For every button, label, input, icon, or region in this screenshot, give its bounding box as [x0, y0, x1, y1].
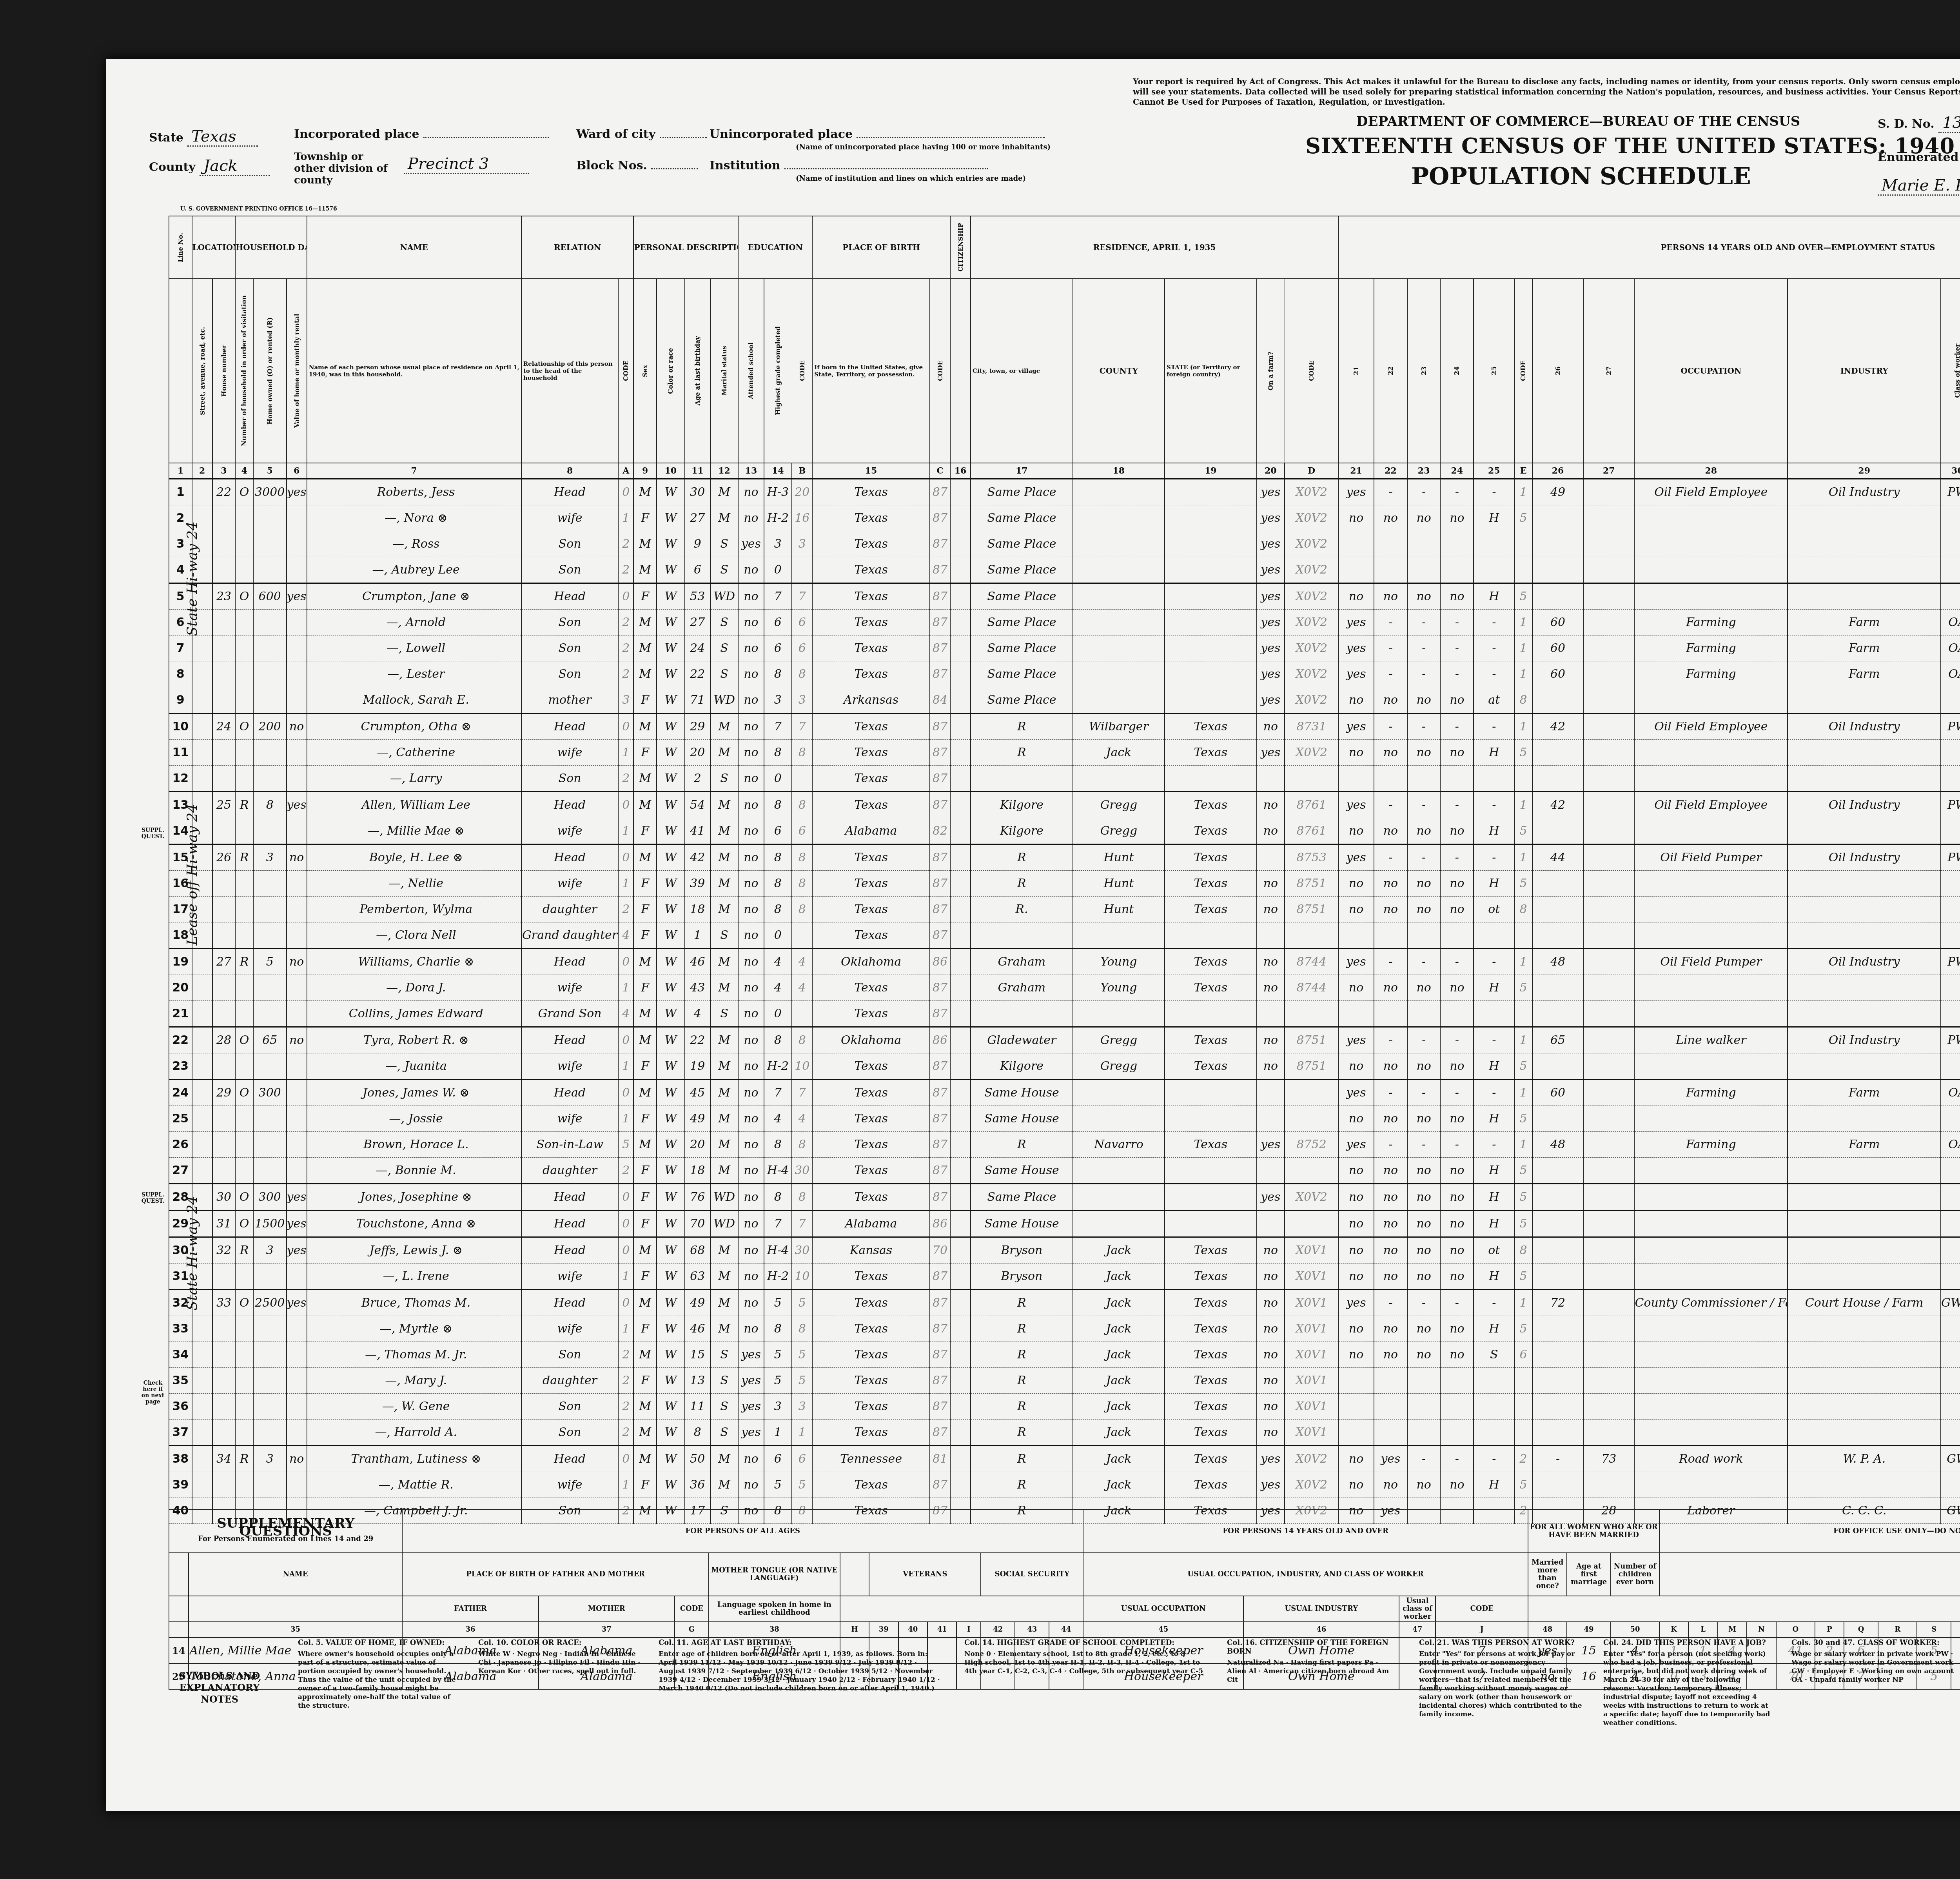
cell-race: W	[657, 818, 685, 844]
table-row: 36—, W. GeneSon2MW11Syes33Texas87RJackTe…	[169, 1394, 1960, 1420]
cell-c: 87	[930, 713, 950, 740]
cell-rcounty: Jack	[1073, 1264, 1165, 1290]
cell-rfarm: no	[1257, 975, 1285, 1001]
cell-gr: H-4	[764, 1237, 792, 1264]
cell-farm: no	[287, 713, 307, 740]
table-row: 1024O200noCrumpton, Otha ⊗Head0MW29Mno77…	[169, 713, 1960, 740]
cell-cit	[950, 1158, 971, 1184]
cell-w25: -	[1474, 1080, 1514, 1106]
cell-w24	[1440, 1368, 1474, 1394]
cell-rfarm: no	[1257, 871, 1285, 897]
cell-b: 6	[792, 610, 812, 635]
cell-e	[1514, 922, 1532, 949]
cell-e	[1514, 1420, 1532, 1446]
cell-value	[253, 871, 287, 897]
margin-note-lease: Lease off Hi-way 24	[184, 804, 200, 945]
cell-w21: no	[1338, 975, 1374, 1001]
col24-header: 24	[1440, 279, 1474, 463]
cell-race: W	[657, 479, 685, 505]
cell-value	[253, 740, 287, 766]
cell-w23	[1407, 922, 1441, 949]
cell-w23: no	[1407, 1264, 1441, 1290]
cell-hrs	[1532, 1053, 1583, 1080]
cell-d: X0V2	[1285, 505, 1338, 531]
cell-e: 1	[1514, 479, 1532, 505]
cell-rel: Head	[521, 844, 619, 871]
cell-rel: Head	[521, 1211, 619, 1237]
cell-e: 5	[1514, 1106, 1532, 1132]
cell-bp: Texas	[812, 1472, 930, 1498]
cell-rcounty	[1073, 1001, 1165, 1027]
cell-cls: OA	[1941, 1132, 1960, 1158]
col27-header: 27	[1583, 279, 1634, 463]
cell-w21: yes	[1338, 610, 1374, 635]
cell-c: 87	[930, 897, 950, 922]
table-row: 11—, Catherinewife1FW20Mno88Texas87RJack…	[169, 740, 1960, 766]
table-row: 7—, LowellSon2MW24Sno66Texas87Same Place…	[169, 635, 1960, 661]
cell-rel: Son	[521, 557, 619, 583]
cell-c: 87	[930, 1184, 950, 1211]
relation-group-header: RELATION	[521, 216, 634, 279]
cell-rel: Son	[521, 1420, 619, 1446]
cell-res: Gladewater	[971, 1027, 1073, 1053]
cell-hrs	[1532, 1420, 1583, 1446]
cell-hrs: 49	[1532, 479, 1583, 505]
cell-street	[192, 1027, 212, 1053]
cell-rfarm: no	[1257, 1027, 1285, 1053]
cell-farm	[287, 1106, 307, 1132]
cell-w24: -	[1440, 610, 1474, 635]
cell-rel: mother	[521, 687, 619, 713]
cell-rcounty	[1073, 661, 1165, 687]
table-row: 17Pemberton, Wylmadaughter2FW18Mno88Texa…	[169, 897, 1960, 922]
cell-cit	[950, 792, 971, 818]
check-next-page-label: Check here if on next page	[141, 1380, 165, 1405]
cell-mar: S	[710, 610, 739, 635]
cell-rcounty: Jack	[1073, 740, 1165, 766]
cell-a: 2	[618, 1342, 633, 1368]
cell-rstate: Texas	[1165, 713, 1256, 740]
cell-bp: Texas	[812, 1001, 930, 1027]
cell-ind	[1788, 922, 1941, 949]
cell-rel: Son	[521, 610, 619, 635]
cell-hrs	[1532, 1264, 1583, 1290]
cell-gr: 3	[764, 531, 792, 557]
cell-hno: 29	[212, 1080, 236, 1106]
cell-name: Roberts, Jess	[307, 479, 521, 505]
cell-farm	[287, 610, 307, 635]
cell-res: Kilgore	[971, 818, 1073, 844]
cell-w22	[1374, 1394, 1407, 1420]
cell-own	[235, 557, 253, 583]
cell-d: X0V2	[1285, 1184, 1338, 1211]
cell-c: 87	[930, 871, 950, 897]
cell-rfarm	[1257, 766, 1285, 792]
cell-rstate	[1165, 687, 1256, 713]
mother-tongue-header: MOTHER TONGUE (OR NATIVE LANGUAGE)	[709, 1553, 840, 1596]
cell-w23: no	[1407, 1106, 1441, 1132]
cell-mar: M	[710, 975, 739, 1001]
cell-b	[792, 1001, 812, 1027]
cell-w21: no	[1338, 1106, 1374, 1132]
cell-rstate: Texas	[1165, 1027, 1256, 1053]
cell-res: Same Place	[971, 661, 1073, 687]
cell-rstate: Texas	[1165, 1420, 1256, 1446]
cell-cit	[950, 922, 971, 949]
cell-gr: 6	[764, 635, 792, 661]
cell-w21: yes	[1338, 713, 1374, 740]
county-header: COUNTY	[1073, 279, 1165, 463]
cell-occ	[1634, 1237, 1788, 1264]
cell-b: 4	[792, 1106, 812, 1132]
cell-rcounty	[1073, 766, 1165, 792]
symbols-title: SYMBOLS AND EXPLANATORY NOTES	[169, 1670, 270, 1705]
cell-w24: no	[1440, 1316, 1474, 1342]
cell-rel: wife	[521, 1472, 619, 1498]
cell-res	[971, 922, 1073, 949]
cell-name: Crumpton, Otha ⊗	[307, 713, 521, 740]
cell-dur	[1583, 635, 1634, 661]
cell-line: 23	[169, 1053, 192, 1080]
cell-d: X0V2	[1285, 610, 1338, 635]
cell-bp: Texas	[812, 740, 930, 766]
cell-age: 27	[685, 610, 710, 635]
cell-rstate	[1165, 1106, 1256, 1132]
cell-w21	[1338, 922, 1374, 949]
name-group-header: NAME	[307, 216, 521, 279]
cell-name: —, Lester	[307, 661, 521, 687]
table-row: 27—, Bonnie M.daughter2FW18MnoH-430Texas…	[169, 1158, 1960, 1184]
cell-e	[1514, 1394, 1532, 1420]
cell-name: —, Nellie	[307, 871, 521, 897]
cell-a: 0	[618, 713, 633, 740]
cell-farm	[287, 505, 307, 531]
cell-name: —, Lowell	[307, 635, 521, 661]
cell-w22: no	[1374, 897, 1407, 922]
cell-sch: yes	[738, 531, 764, 557]
cell-own: O	[235, 713, 253, 740]
cell-hno: 26	[212, 844, 236, 871]
cell-rcounty: Hunt	[1073, 844, 1165, 871]
cell-occ	[1634, 1053, 1788, 1080]
cell-e: 1	[1514, 661, 1532, 687]
cell-race: W	[657, 1080, 685, 1106]
cell-mar: M	[710, 1053, 739, 1080]
cell-age: 49	[685, 1106, 710, 1132]
cell-cls	[1941, 871, 1960, 897]
cell-bp: Texas	[812, 1132, 930, 1158]
cell-ind: Oil Industry	[1788, 792, 1941, 818]
cell-e: 1	[1514, 949, 1532, 975]
cell-farm	[287, 1053, 307, 1080]
cell-ind: Farm	[1788, 1132, 1941, 1158]
cell-w24: -	[1440, 1290, 1474, 1316]
state-value: Texas	[187, 127, 258, 147]
cell-sex: M	[633, 844, 657, 871]
cell-street	[192, 661, 212, 687]
cell-a: 2	[618, 897, 633, 922]
cell-rfarm	[1257, 1158, 1285, 1184]
cell-rfarm: no	[1257, 1394, 1285, 1420]
table-row: 33—, Myrtle ⊗wife1FW46Mno88Texas87RJackT…	[169, 1316, 1960, 1342]
owned-rented-header: Home owned (O) or rented (R)	[253, 279, 287, 463]
cell-a: 0	[618, 949, 633, 975]
cell-c: 87	[930, 792, 950, 818]
cell-rfarm: yes	[1257, 610, 1285, 635]
cell-age: 2	[685, 766, 710, 792]
cell-name: —, Mary J.	[307, 1368, 521, 1394]
cell-d: 8751	[1285, 871, 1338, 897]
cell-b: 5	[792, 1290, 812, 1316]
cell-occ	[1634, 1158, 1788, 1184]
cell-line: 25	[169, 1106, 192, 1132]
cell-a: 0	[618, 1446, 633, 1472]
cell-rfarm: no	[1257, 1420, 1285, 1446]
cell-hno: 34	[212, 1446, 236, 1472]
cell-w23: -	[1407, 713, 1441, 740]
cell-rfarm: yes	[1257, 1446, 1285, 1472]
cell-e: 5	[1514, 1158, 1532, 1184]
cell-cit	[950, 1237, 971, 1264]
cell-bp: Oklahoma	[812, 949, 930, 975]
cell-rfarm	[1257, 1211, 1285, 1237]
cell-sch: no	[738, 1472, 764, 1498]
cell-c: 86	[930, 1211, 950, 1237]
cell-a: 2	[618, 635, 633, 661]
cell-bp: Texas	[812, 1394, 930, 1420]
cell-d: X0V1	[1285, 1316, 1338, 1342]
cell-name: —, Millie Mae ⊗	[307, 818, 521, 844]
cell-mar: S	[710, 766, 739, 792]
cell-cls: PW	[1941, 844, 1960, 871]
cell-res: Bryson	[971, 1264, 1073, 1290]
cell-street	[192, 1132, 212, 1158]
cell-w22: no	[1374, 1053, 1407, 1080]
cell-w21: yes	[1338, 949, 1374, 975]
cell-hno: 25	[212, 792, 236, 818]
cell-w23	[1407, 531, 1441, 557]
cell-w22: -	[1374, 479, 1407, 505]
cell-farm	[287, 766, 307, 792]
cell-value	[253, 1420, 287, 1446]
cell-w25: H	[1474, 871, 1514, 897]
cell-rel: Head	[521, 479, 619, 505]
cell-cls	[1941, 1342, 1960, 1368]
cell-name: Mallock, Sarah E.	[307, 687, 521, 713]
cell-c: 87	[930, 740, 950, 766]
cell-rcounty	[1073, 1106, 1165, 1132]
cell-ind	[1788, 1158, 1941, 1184]
cell-bp: Texas	[812, 871, 930, 897]
cell-age: 20	[685, 740, 710, 766]
cell-sex: M	[633, 949, 657, 975]
cell-line: 7	[169, 635, 192, 661]
cell-cls	[1941, 583, 1960, 610]
cell-w25	[1474, 557, 1514, 583]
cell-farm	[287, 818, 307, 844]
cell-age: 63	[685, 1264, 710, 1290]
cell-cit	[950, 1264, 971, 1290]
cell-gr: 8	[764, 1027, 792, 1053]
cell-res: R	[971, 1316, 1073, 1342]
cell-c: 87	[930, 531, 950, 557]
cell-w25: -	[1474, 1027, 1514, 1053]
cell-dur	[1583, 975, 1634, 1001]
note-col14: Col. 14. HIGHEST GRADE OF SCHOOL COMPLET…	[964, 1639, 1207, 1676]
cell-farm: no	[287, 844, 307, 871]
cell-d	[1285, 766, 1338, 792]
cell-line: 26	[169, 1132, 192, 1158]
column-number-row: 12345678A91011121314B15C1617181920D21222…	[169, 463, 1960, 479]
cell-age: 49	[685, 1290, 710, 1316]
cell-sch: no	[738, 766, 764, 792]
cell-bp: Texas	[812, 1342, 930, 1368]
cell-hrs	[1532, 897, 1583, 922]
cell-a: 0	[618, 583, 633, 610]
cell-w25	[1474, 1368, 1514, 1394]
cell-hno	[212, 1342, 236, 1368]
parents-birthplace-header: PLACE OF BIRTH OF FATHER AND MOTHER	[402, 1553, 708, 1596]
cell-e: 8	[1514, 897, 1532, 922]
cell-b: 7	[792, 1211, 812, 1237]
cell-d: 8752	[1285, 1132, 1338, 1158]
table-row: 34—, Thomas M. Jr.Son2MW15Syes55Texas87R…	[169, 1342, 1960, 1368]
cell-value	[253, 557, 287, 583]
cell-w23: -	[1407, 635, 1441, 661]
cell-b: 4	[792, 949, 812, 975]
cell-farm: no	[287, 1446, 307, 1472]
enumerator-field: Marie E. Roper Enumerator.	[1878, 176, 1960, 196]
cell-street	[192, 1394, 212, 1420]
cell-sch: no	[738, 949, 764, 975]
ward-field: Ward of city	[576, 127, 707, 141]
cell-w21	[1338, 557, 1374, 583]
cell-w21: no	[1338, 1053, 1374, 1080]
employment-group-header: PERSONS 14 YEARS OLD AND OVER—EMPLOYMENT…	[1338, 216, 1960, 279]
table-row: 20—, Dora J.wife1FW43Mno44Texas87GrahamY…	[169, 975, 1960, 1001]
cell-w22: -	[1374, 844, 1407, 871]
mother-header: MOTHER	[539, 1596, 675, 1622]
cell-cit	[950, 1001, 971, 1027]
cell-rfarm: no	[1257, 1053, 1285, 1080]
cell-mar: WD	[710, 687, 739, 713]
cell-line: 24	[169, 1080, 192, 1106]
cell-line: 22	[169, 1027, 192, 1053]
cell-w24	[1440, 766, 1474, 792]
cell-w25: -	[1474, 1446, 1514, 1472]
cell-occ: Oil Field Pumper	[1634, 949, 1788, 975]
cell-mar: M	[710, 897, 739, 922]
cell-b: 30	[792, 1237, 812, 1264]
cell-w23: -	[1407, 792, 1441, 818]
cell-occ	[1634, 505, 1788, 531]
cell-rel: wife	[521, 740, 619, 766]
cell-e: 5	[1514, 740, 1532, 766]
cell-cls	[1941, 1184, 1960, 1211]
cell-sch: no	[738, 871, 764, 897]
cell-res: Graham	[971, 975, 1073, 1001]
cell-sex: F	[633, 687, 657, 713]
cell-hrs	[1532, 1368, 1583, 1394]
cell-res: Same Place	[971, 1184, 1073, 1211]
cell-rel: Head	[521, 1446, 619, 1472]
cell-rcounty: Jack	[1073, 1394, 1165, 1420]
cell-mar: M	[710, 1106, 739, 1132]
cell-w24: -	[1440, 844, 1474, 871]
cell-rcounty: Jack	[1073, 1446, 1165, 1472]
table-row: 39—, Mattie R.wife1FW36Mno55Texas87RJack…	[169, 1472, 1960, 1498]
cell-a: 0	[618, 844, 633, 871]
cell-occ: Farming	[1634, 1080, 1788, 1106]
cell-res: R	[971, 1394, 1073, 1420]
cell-gr: H-2	[764, 1053, 792, 1080]
cell-rel: wife	[521, 1106, 619, 1132]
note-col11: Col. 11. AGE AT LAST BIRTHDAY:Enter age …	[659, 1639, 945, 1693]
cell-dur	[1583, 1053, 1634, 1080]
cell-gr: 5	[764, 1368, 792, 1394]
cell-race: W	[657, 505, 685, 531]
cell-hno	[212, 1106, 236, 1132]
cell-a: 1	[618, 505, 633, 531]
cell-cit	[950, 844, 971, 871]
cell-occ	[1634, 1472, 1788, 1498]
cell-a: 2	[618, 1158, 633, 1184]
cell-own	[235, 687, 253, 713]
cell-rcounty: Jack	[1073, 1472, 1165, 1498]
cell-age: 45	[685, 1080, 710, 1106]
cell-w25	[1474, 1001, 1514, 1027]
cell-sex: F	[633, 871, 657, 897]
cell-gr: 0	[764, 922, 792, 949]
cell-name: —, Larry	[307, 766, 521, 792]
cell-hno	[212, 1053, 236, 1080]
cell-w23: no	[1407, 871, 1441, 897]
cell-e: 5	[1514, 1316, 1532, 1342]
state-field: State Texas	[149, 127, 258, 147]
enumerator-signature: Marie E. Roper	[1878, 176, 1960, 196]
cell-ind: Farm	[1788, 661, 1941, 687]
cell-w22: yes	[1374, 1446, 1407, 1472]
cell-hrs	[1532, 1237, 1583, 1264]
cell-rstate	[1165, 661, 1256, 687]
cell-hno: 24	[212, 713, 236, 740]
cell-rcounty: Hunt	[1073, 897, 1165, 922]
cell-bp: Texas	[812, 610, 930, 635]
cell-cls	[1941, 1106, 1960, 1132]
cell-w24	[1440, 531, 1474, 557]
cell-mar: M	[710, 479, 739, 505]
cell-mar: M	[710, 505, 739, 531]
cell-a: 4	[618, 922, 633, 949]
cell-value	[253, 1053, 287, 1080]
cell-w25: H	[1474, 1472, 1514, 1498]
cell-rstate: Texas	[1165, 1368, 1256, 1394]
cell-w24: no	[1440, 583, 1474, 610]
cell-cit	[950, 1027, 971, 1053]
cell-a: 3	[618, 687, 633, 713]
cell-w24: -	[1440, 792, 1474, 818]
cell-bp: Texas	[812, 1264, 930, 1290]
cell-street	[192, 1472, 212, 1498]
cell-e: 5	[1514, 505, 1532, 531]
cell-street	[192, 1158, 212, 1184]
cell-name: —, Bonnie M.	[307, 1158, 521, 1184]
cell-b: 8	[792, 1316, 812, 1342]
cell-sch: no	[738, 1264, 764, 1290]
cell-w24: -	[1440, 949, 1474, 975]
cell-hrs	[1532, 531, 1583, 557]
cell-rcounty: Jack	[1073, 1316, 1165, 1342]
